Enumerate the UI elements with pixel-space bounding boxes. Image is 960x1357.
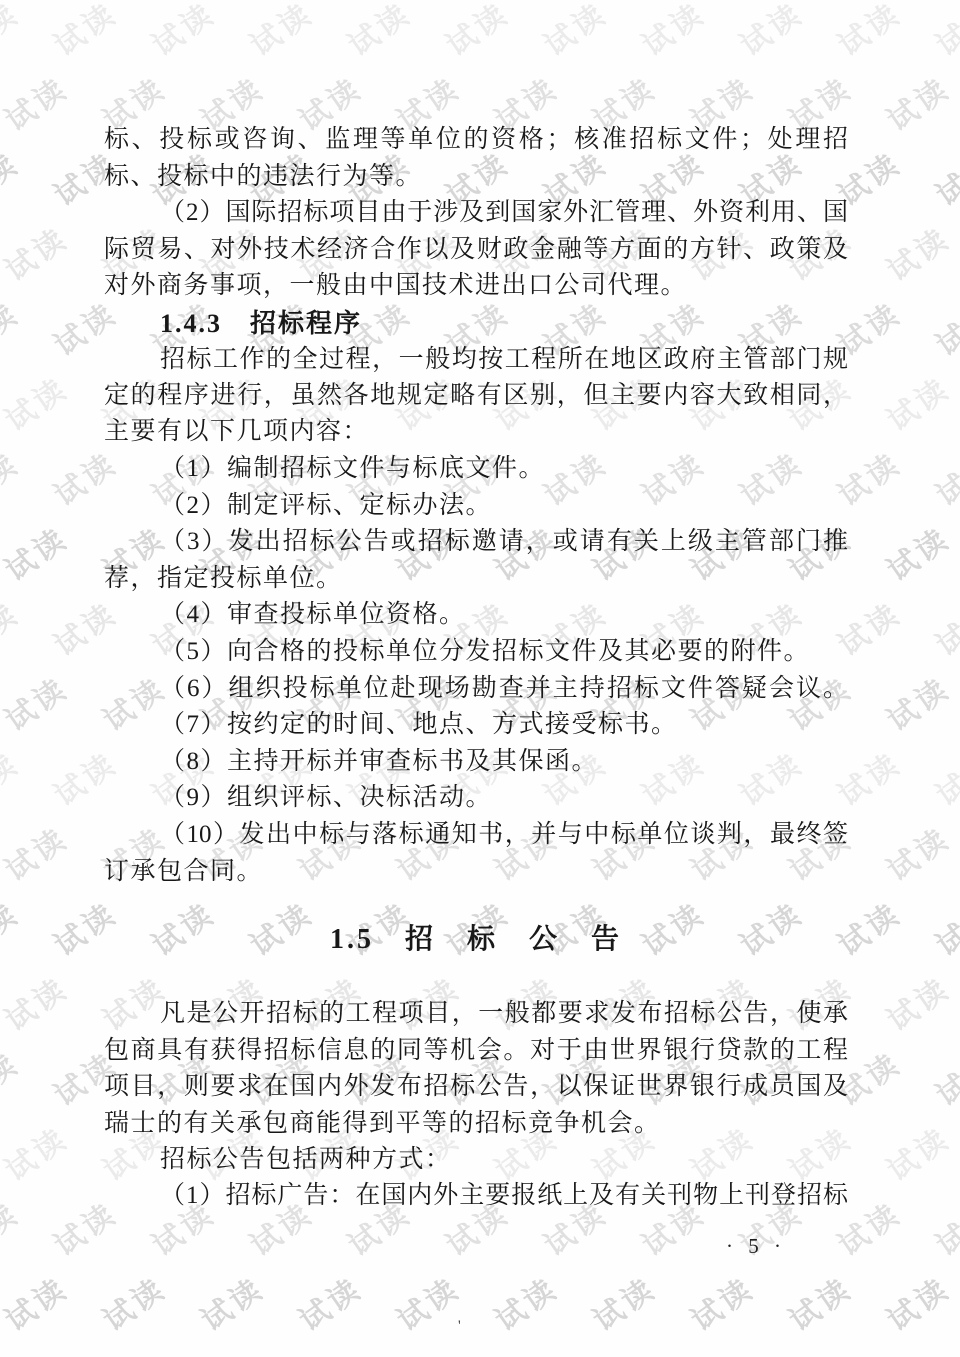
scan-artifact-mark: ': [458, 1318, 461, 1335]
text-line: 项目，则要求在国内外发布招标公告，以保证世界银行成员国及: [104, 1068, 848, 1105]
watermark-text: 试读: [926, 589, 960, 664]
list-item: （2）制定评标、定标办法。: [104, 487, 848, 524]
watermark-text: 试读: [0, 364, 75, 439]
list-item: （5）向合格的投标单位分发招标文件及其必要的附件。: [104, 633, 848, 670]
text-line: 荐，指定投标单位。: [104, 560, 848, 597]
text-line: 主要有以下几项内容：: [104, 413, 848, 450]
list-item: （7）按约定的时间、地点、方式接受标书。: [104, 706, 848, 743]
text-line: 对外商务事项，一般由中国技术进出口公司代理。: [104, 267, 848, 304]
list-item: （9）组织评标、决标活动。: [104, 779, 848, 816]
text-line: 订承包合同。: [104, 853, 848, 890]
list-item: （1）编制招标文件与标底文件。: [104, 450, 848, 487]
text-line: 招标工作的全过程，一般均按工程所在地区政府主管部门规: [104, 341, 848, 378]
watermark-text: 试读: [0, 1264, 75, 1339]
watermark-text: 试读: [877, 1264, 958, 1339]
text-line: 瑞士的有关承包商能得到平等的招标竞争机会。: [104, 1105, 848, 1142]
text-line: 定的程序进行，虽然各地规定略有区别，但主要内容大致相同，: [104, 377, 848, 414]
watermark-text: 试读: [0, 439, 26, 514]
watermark-text: 试读: [877, 1114, 958, 1189]
watermark-text: 试读: [877, 64, 958, 139]
watermark-text: 试读: [926, 889, 960, 964]
list-item: （4）审查投标单位资格。: [104, 596, 848, 633]
list-item: （6）组织投标单位赴现场勘查并主持招标文件答疑会议。: [104, 670, 848, 707]
page-content: 标、投标或咨询、监理等单位的资格；核准招标文件；处理招 标、投标中的违法行为等。…: [104, 0, 848, 1357]
watermark-text: 试读: [0, 1189, 26, 1264]
text-line: 标、投标中的违法行为等。: [104, 158, 848, 195]
text-line: 凡是公开招标的工程项目，一般都要求发布招标公告，使承: [104, 995, 848, 1032]
watermark-text: 试读: [0, 664, 75, 739]
watermark-text: 试读: [0, 814, 75, 889]
watermark-text: 试读: [0, 589, 26, 664]
text-line: 标、投标或咨询、监理等单位的资格；核准招标文件；处理招: [104, 121, 848, 158]
watermark-text: 试读: [926, 139, 960, 214]
watermark-text: 试读: [0, 964, 75, 1039]
subsection-heading: 1.4.3 招标程序: [104, 305, 848, 342]
watermark-text: 试读: [0, 289, 26, 364]
watermark-text: 试读: [0, 1114, 75, 1189]
watermark-text: 试读: [877, 514, 958, 589]
watermark-text: 试读: [0, 139, 26, 214]
watermark-text: 试读: [877, 964, 958, 1039]
section-title: 1.5 招 标 公 告: [104, 918, 848, 962]
text-line: （2）国际招标项目由于涉及到国家外汇管理、外资利用、国: [104, 194, 848, 231]
text-line: （1）招标广告：在国内外主要报纸上及有关刊物上刊登招标: [104, 1177, 848, 1214]
watermark-text: 试读: [0, 739, 26, 814]
watermark-text: 试读: [926, 739, 960, 814]
text-line: 招标公告包括两种方式：: [104, 1141, 848, 1178]
watermark-text: 试读: [926, 0, 960, 65]
watermark-text: 试读: [926, 439, 960, 514]
watermark-text: 试读: [0, 889, 26, 964]
watermark-text: 试读: [877, 214, 958, 289]
watermark-text: 试读: [0, 1039, 26, 1114]
watermark-text: 试读: [877, 664, 958, 739]
document-page: 试读试读试读试读试读试读试读试读试读试读试读试读试读试读试读试读试读试读试读试读…: [0, 0, 960, 1357]
list-item: （10）发出中标与落标通知书，并与中标单位谈判，最终签: [104, 816, 848, 853]
text-line: 包商具有获得招标信息的同等机会。对于由世界银行贷款的工程: [104, 1032, 848, 1069]
watermark-text: 试读: [877, 814, 958, 889]
page-number: · 5 ·: [104, 1228, 848, 1265]
watermark-text: 试读: [926, 1039, 960, 1114]
list-item: （8）主持开标并审查标书及其保函。: [104, 743, 848, 780]
watermark-text: 试读: [0, 214, 75, 289]
watermark-text: 试读: [0, 514, 75, 589]
watermark-text: 试读: [926, 289, 960, 364]
watermark-text: 试读: [877, 364, 958, 439]
watermark-text: 试读: [0, 0, 26, 65]
watermark-text: 试读: [0, 64, 75, 139]
list-item: （3）发出招标公告或招标邀请，或请有关上级主管部门推: [104, 523, 848, 560]
text-line: 际贸易、对外技术经济合作以及财政金融等方面的方针、政策及: [104, 231, 848, 268]
watermark-text: 试读: [926, 1189, 960, 1264]
